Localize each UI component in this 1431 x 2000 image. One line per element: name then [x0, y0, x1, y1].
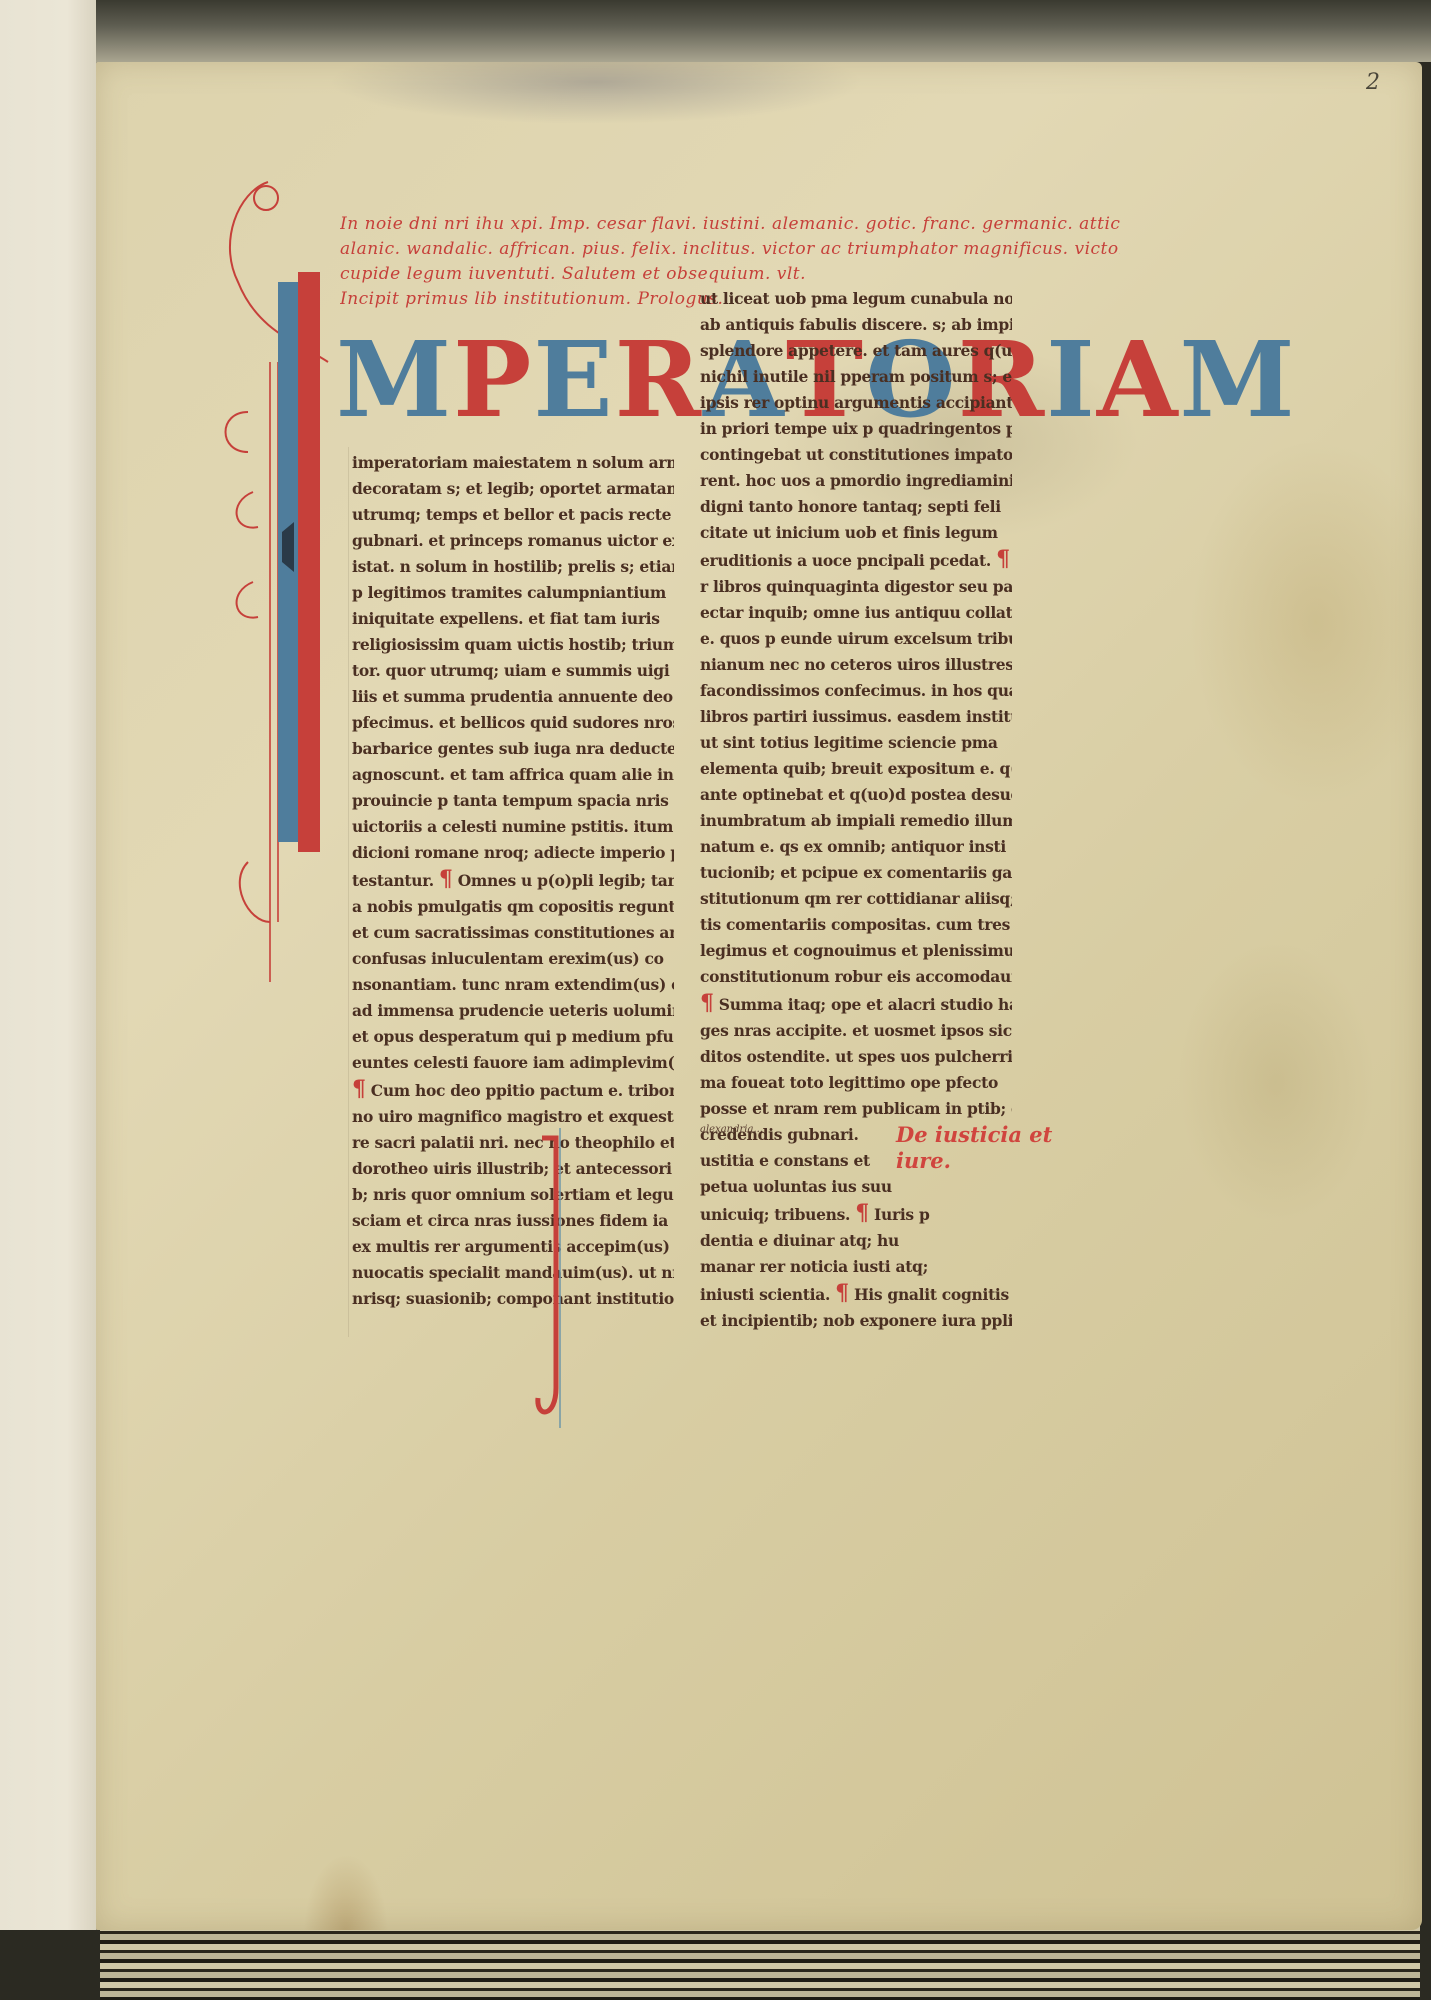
text-line: elementa quib; breuit expositum e. q(uo)… [700, 756, 1012, 782]
text-line: testantur. ¶ Omnes u p(o)pli legib; tam [352, 866, 674, 894]
rubric-line: In noie dni nri ihu xpi. Imp. cesar flav… [340, 212, 1120, 237]
text-line: manar rer noticia iusti atq; [700, 1254, 1012, 1280]
pilcrow-mark: ¶ [700, 990, 714, 1016]
text-line: legimus et cognouimus et plenissimum nra… [700, 938, 1012, 964]
text-line: ab antiquis fabulis discere. s; ab impia… [700, 312, 1012, 338]
text-line: euntes celesti fauore iam adimplevim(us)… [352, 1050, 674, 1076]
text-line: uictoriis a celesti numine pstitis. itum [352, 814, 674, 840]
text-line: citate ut inicium uob et finis legum [700, 520, 1012, 546]
text-line: a nobis pmulgatis qm copositis reguntur. [352, 894, 674, 920]
text-line: imperatoriam maiestatem n solum armis [352, 450, 674, 476]
text-line: r libros quinquaginta digestor seu pand [700, 574, 1012, 600]
text-line: tor. quor utrumq; uiam e summis uigi [352, 658, 674, 684]
text-line: nianum nec no ceteros uiros illustres. e… [700, 652, 1012, 678]
rubric-line: cupide legum iuventuti. Salutem et obseq… [340, 262, 1120, 287]
text-line: ges nras accipite. et uosmet ipsos sic e… [700, 1018, 1012, 1044]
text-line: decoratam s; et legib; oportet armatam. … [352, 476, 674, 502]
text-line: confusas inluculentam erexim(us) co [352, 946, 674, 972]
text-line: splendore appetere. et tam aures q(uam) … [700, 338, 1012, 364]
marginal-note: alexandria... [700, 1124, 763, 1135]
text-line: dorotheo uiris illustrib; et antecessori [352, 1156, 674, 1182]
text-line: e. quos p eunde uirum excelsum tribu [700, 626, 1012, 652]
text-line: agnoscunt. et tam affrica quam alie innu [352, 762, 674, 788]
text-line: ectar inquib; omne ius antiquu collat [700, 600, 1012, 626]
folio-number: 2 [1366, 70, 1380, 95]
text-line: istat. n solum in hostilib; prelis s; et… [352, 554, 674, 580]
display-letter: R [615, 328, 701, 432]
text-line: ex multis rer argumentis accepim(us) co [352, 1234, 674, 1260]
text-line: petua uoluntas ius suu [700, 1174, 1012, 1200]
text-line: b; nris quor omnium solertiam et legu [352, 1182, 674, 1208]
text-column-right: ut liceat uob pma legum cunabula noab an… [700, 286, 1012, 1334]
background-binding [96, 0, 1431, 62]
text-line: barbarice gentes sub iuga nra deducte [352, 736, 674, 762]
pilcrow-mark: ¶ [855, 1200, 869, 1226]
text-line: unicuiq; tribuens. ¶ Iuris p [700, 1200, 1012, 1228]
text-line: utrumq; temps et bellor et pacis recte p… [352, 502, 674, 528]
text-line: in priori tempe uix p quadringentos post… [700, 416, 1012, 442]
text-line: posse et nram rem publicam in ptib; eius… [700, 1096, 1012, 1122]
pilcrow-mark: ¶ [996, 546, 1010, 572]
text-line: ma foueat toto legittimo ope pfecto [700, 1070, 1012, 1096]
text-line: sciam et circa nras iussiones fidem ia [352, 1208, 674, 1234]
text-line: et incipientib; nob exponere iura ppli [700, 1308, 1012, 1334]
rubric-line: alanic. wandalic. affrican. pius. felix.… [340, 237, 1120, 262]
flyleaf-page [0, 0, 99, 1930]
text-line: ditos ostendite. ut spes uos pulcherri [700, 1044, 1012, 1070]
display-letter: I [1046, 328, 1095, 432]
text-line: ut liceat uob pma legum cunabula no [700, 286, 1012, 312]
text-column-left: imperatoriam maiestatem n solum armisdec… [352, 450, 674, 1312]
display-letter: M [1180, 328, 1295, 432]
text-line: natum e. qs ex omnib; antiquor insti [700, 834, 1012, 860]
text-line: stitutionum qm rer cottidianar aliisq; m… [700, 886, 1012, 912]
text-line: et opus desperatum qui p medium pfundu [352, 1024, 674, 1050]
manuscript-folio: 2 I In noie dni nri ihu xpi. Imp. cesar … [96, 62, 1422, 1930]
text-line: nrisq; suasionib; componant institutione… [352, 1286, 674, 1312]
text-line: rent. hoc uos a pmordio ingrediamini. [700, 468, 1012, 494]
text-line: tucionib; et pcipue ex comentariis gai t… [700, 860, 1012, 886]
text-line: eruditionis a uoce pncipali pcedat. ¶ Ig [700, 546, 1012, 574]
text-line: ante optinebat et q(uo)d postea desuetud… [700, 782, 1012, 808]
text-line: ut sint totius legitime sciencie pma [700, 730, 1012, 756]
text-line: ad immensa prudencie ueteris uolumina. [352, 998, 674, 1024]
text-line: tis comentariis compositas. cum tres pre… [700, 912, 1012, 938]
text-line: nuocatis specialit mandauim(us). ut nra … [352, 1260, 674, 1286]
text-line: p legitimos tramites calumpniantium [352, 580, 674, 606]
text-line: ipsis rer optinu argumentis accipiant. e… [700, 390, 1012, 416]
text-line: ¶ Summa itaq; ope et alacri studio has l… [700, 990, 1012, 1018]
rubric-de-iustitia: De iusticia et iure. [896, 1122, 1052, 1174]
text-line: re sacri palatii nri. nec no theophilo e… [352, 1130, 674, 1156]
display-letter: P [453, 328, 531, 432]
text-line: facondissimos confecimus. in hos quatuor [700, 678, 1012, 704]
display-letter: E [533, 328, 612, 432]
text-line: contingebat ut constitutiones impatorias… [700, 442, 1012, 468]
text-line: liis et summa prudentia annuente deo [352, 684, 674, 710]
text-line: pfecimus. et bellicos quid sudores nros [352, 710, 674, 736]
illuminated-initial-I [268, 272, 328, 852]
page-edges-stack [100, 1925, 1420, 2000]
text-line: nsonantiam. tunc nram extendim(us) curam [352, 972, 674, 998]
text-line: inumbratum ab impiali remedio illumi [700, 808, 1012, 834]
rubric-line: De iusticia et [896, 1122, 1052, 1148]
secondary-initial-I [532, 1128, 572, 1428]
text-line: dentia e diuinar atq; hu [700, 1228, 1012, 1254]
text-line: ¶ Cum hoc deo ppitio pactum e. tribonian… [352, 1076, 674, 1104]
text-line: iniusti scientia. ¶ His gnalit cognitis [700, 1280, 1012, 1308]
text-line: prouincie p tanta tempum spacia nris [352, 788, 674, 814]
text-line: dicioni romane nroq; adiecte imperio p [352, 840, 674, 866]
text-line: digni tanto honore tantaq; septi feli [700, 494, 1012, 520]
text-line: libros partiri iussimus. easdem institut… [700, 704, 1012, 730]
text-line: nichil inutile nil pperam positum s; ex … [700, 364, 1012, 390]
text-line: religiosissim quam uictis hostib; triump… [352, 632, 674, 658]
text-line: gubnari. et princeps romanus uictor ex [352, 528, 674, 554]
rubric-line: iure. [896, 1148, 1052, 1174]
text-line: et cum sacratissimas constitutiones ante… [352, 920, 674, 946]
ruling-line [348, 447, 349, 1337]
pilcrow-mark: ¶ [835, 1280, 849, 1306]
display-letter: A [1097, 328, 1178, 432]
pilcrow-mark: ¶ [352, 1076, 366, 1102]
text-line: iniquitate expellens. et fiat tam iuris [352, 606, 674, 632]
display-letter: M [336, 328, 451, 432]
pilcrow-mark: ¶ [439, 866, 453, 892]
text-line: no uiro magnifico magistro et exquesto [352, 1104, 674, 1130]
text-line: constitutionum robur eis accomodauim(us)… [700, 964, 1012, 990]
